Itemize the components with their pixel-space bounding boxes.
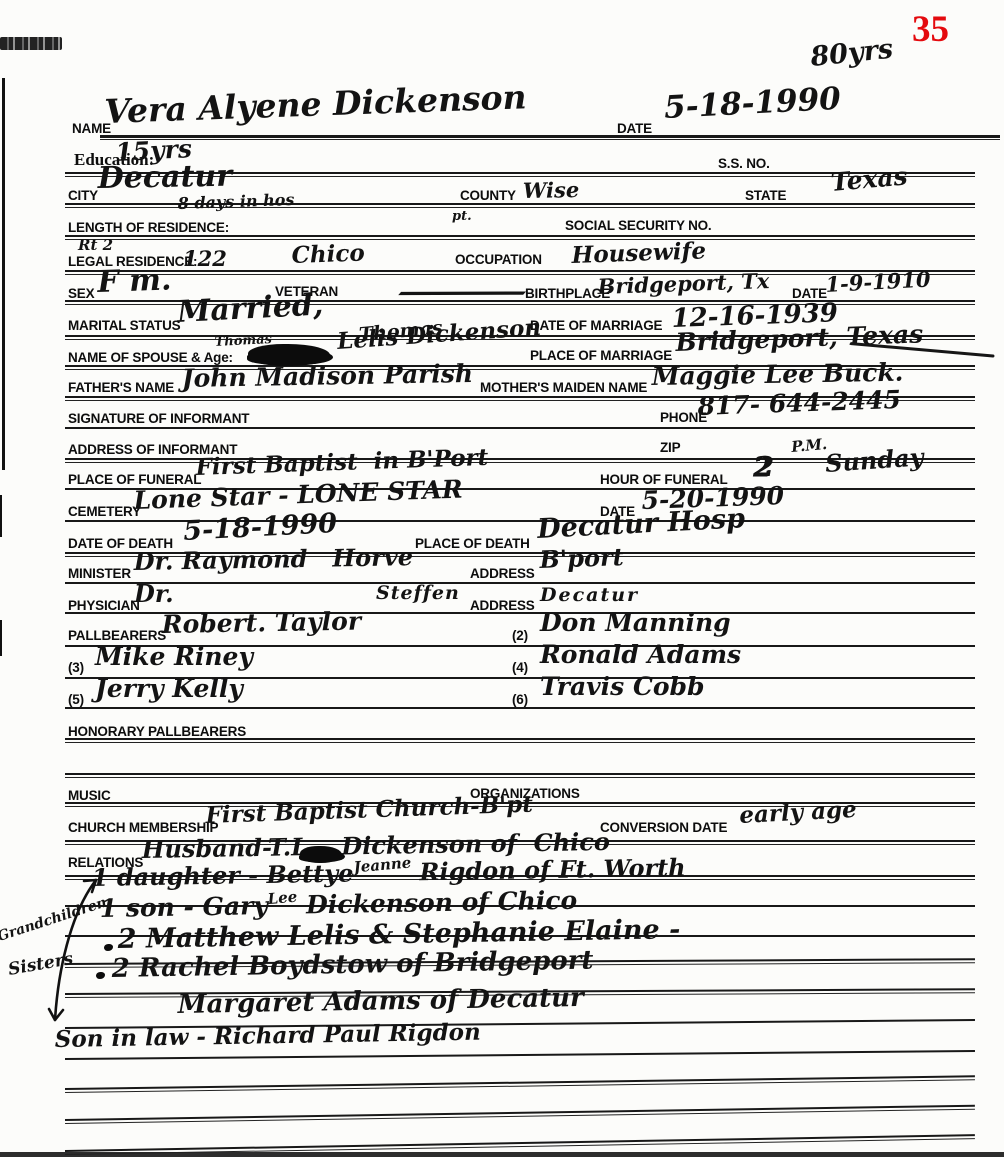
relation-sisters: 2 Rachel Boydstow of Bridgeport xyxy=(112,948,594,982)
pallbearer1-value: Robert. Taylor xyxy=(162,609,362,637)
hour-of-funeral-value: 2 xyxy=(754,454,773,481)
city-note: 8 days in hos xyxy=(177,192,294,212)
pallbearer3-value: Mike Riney xyxy=(95,644,253,669)
father-label: FATHER'S NAME xyxy=(68,380,174,395)
relation-sister2: Margaret Adams of Decatur xyxy=(178,985,584,1018)
cemetery-label: CEMETERY xyxy=(68,504,141,519)
pallbearer2-value: Don Manning xyxy=(540,610,731,635)
physician-address-value: Decatur xyxy=(540,586,639,605)
form-rule xyxy=(65,1105,975,1121)
ssno-label: S.S. NO. xyxy=(718,156,770,171)
phone-value: 817- 644-2445 xyxy=(697,387,901,419)
form-rule xyxy=(65,582,975,584)
page-edge-line xyxy=(2,78,5,470)
pallbearer6-value: Travis Cobb xyxy=(540,674,705,699)
relation-grandchildren: 2 Matthew Lelis & Stephanie Elaine - xyxy=(118,916,681,953)
minister-label: MINISTER xyxy=(68,566,131,581)
form-rule xyxy=(100,135,1000,138)
record-date-label: DATE xyxy=(617,121,652,136)
legal-residence-town: Chico xyxy=(291,241,365,267)
mother-value: Maggie Lee Buck. xyxy=(652,360,904,389)
form-rule xyxy=(65,235,975,237)
music-label: MUSIC xyxy=(68,788,111,803)
page-edge-mark xyxy=(0,495,2,537)
church-membership-value: First Baptist Church-B'pt xyxy=(205,793,533,827)
veteran-value: — xyxy=(392,278,420,306)
page-edge-mark xyxy=(0,620,2,656)
minister-value: Dr. Raymond Horve xyxy=(134,545,414,574)
minister-address-label: ADDRESS xyxy=(470,566,535,581)
form-rule xyxy=(65,1075,975,1090)
physician-address-label: ADDRESS xyxy=(470,598,535,613)
physician-name-value: Steffen xyxy=(376,584,460,603)
pallbearer5-value: Jerry Kelly xyxy=(95,676,243,701)
pallbearer4-label: (4) xyxy=(512,660,528,675)
state-value: Texas xyxy=(830,163,909,195)
sex-label: SEX xyxy=(68,286,94,301)
funeral-record-form: 35 80yrs NAME DATE Education: S.S. NO. C… xyxy=(0,0,1004,1157)
mother-label: MOTHER'S MAIDEN NAME xyxy=(480,380,647,395)
church-membership-label: CHURCH MEMBERSHIP xyxy=(68,820,218,835)
marital-status-value: Married, xyxy=(176,290,324,328)
place-of-death-label: PLACE OF DEATH xyxy=(415,536,530,551)
place-of-death-value: Decatur Hosp xyxy=(537,505,746,543)
city-note2: pt. xyxy=(452,210,472,223)
county-value: Wise xyxy=(523,179,580,201)
county-label: COUNTY xyxy=(460,188,516,203)
occupation-label: OCCUPATION xyxy=(455,252,542,267)
sex-value: F m. xyxy=(97,265,172,298)
scan-smudge xyxy=(0,37,62,50)
zip-label: ZIP xyxy=(660,440,680,455)
pallbearer6-label: (6) xyxy=(512,692,528,707)
physician-value: Dr. xyxy=(134,582,174,606)
relations-arrow xyxy=(28,852,123,1052)
relation-daughter-insert: Jeanne xyxy=(353,855,412,875)
legal-residence-value: 122 xyxy=(183,248,227,269)
pallbearer3-label: (3) xyxy=(68,660,84,675)
conversion-date-label: CONVERSION DATE xyxy=(600,820,727,835)
conversion-date-value: early age xyxy=(739,798,857,827)
record-date-value: 5-18-1990 xyxy=(663,84,841,124)
relation-son-insert: Lee xyxy=(267,890,298,908)
birthplace-value: Bridgeport, Tx xyxy=(597,270,769,297)
date-of-marriage-label: DATE OF MARRIAGE xyxy=(530,318,662,333)
birth-date-value: 1-9-1910 xyxy=(825,269,931,295)
relation-daughter: 1 daughter - BettyeJeanne Rigdon of Ft. … xyxy=(92,856,686,890)
honorary-pallbearers-label: HONORARY PALLBEARERS xyxy=(68,724,246,739)
pallbearer4-value: Ronald Adams xyxy=(540,642,741,667)
form-rule xyxy=(65,707,975,709)
marital-status-label: MARITAL STATUS xyxy=(68,318,180,333)
pallbearers-label: PALLBEARERS xyxy=(68,628,166,643)
city-label: CITY xyxy=(68,188,98,203)
form-rule xyxy=(65,773,975,775)
form-rule xyxy=(65,427,975,429)
age-note: 80yrs xyxy=(809,36,894,71)
form-rule xyxy=(65,1134,975,1152)
relation-son: 1 son - GaryLee Dickenson of Chico xyxy=(100,888,578,921)
date-of-death-value: 5-18-1990 xyxy=(183,510,338,545)
physician-label: PHYSICIAN xyxy=(68,598,140,613)
minister-address-value: B'port xyxy=(539,545,624,572)
place-of-marriage-label: PLACE OF MARRIAGE xyxy=(530,348,672,363)
place-of-marriage-value: Bridgeport, Texas xyxy=(675,321,924,355)
pallbearer2-label: (2) xyxy=(512,628,528,643)
name-value: Vera Alyene Dickenson xyxy=(104,80,527,128)
hour-of-funeral-ampm: P.M. xyxy=(791,437,828,455)
city-value: Decatur xyxy=(97,162,232,194)
father-value: John Madison Parish xyxy=(182,361,474,391)
place-of-funeral-value: First Baptist in B'Port xyxy=(195,446,488,479)
state-label: STATE xyxy=(745,188,786,203)
form-rule xyxy=(65,1050,975,1060)
length-of-residence-label: LENGTH OF RESIDENCE: xyxy=(68,220,229,235)
legal-residence-note: Rt 2 xyxy=(78,238,113,253)
pallbearer5-label: (5) xyxy=(68,692,84,707)
spouse-value: Lelis Dickenson xyxy=(336,316,541,353)
informant-signature-label: SIGNATURE OF INFORMANT xyxy=(68,411,249,426)
hour-of-funeral-day: Sunday xyxy=(824,445,924,476)
page-number: 35 xyxy=(912,8,949,51)
occupation-value: Housewife xyxy=(571,239,706,267)
social-security-label: SOCIAL SECURITY NO. xyxy=(565,218,711,233)
